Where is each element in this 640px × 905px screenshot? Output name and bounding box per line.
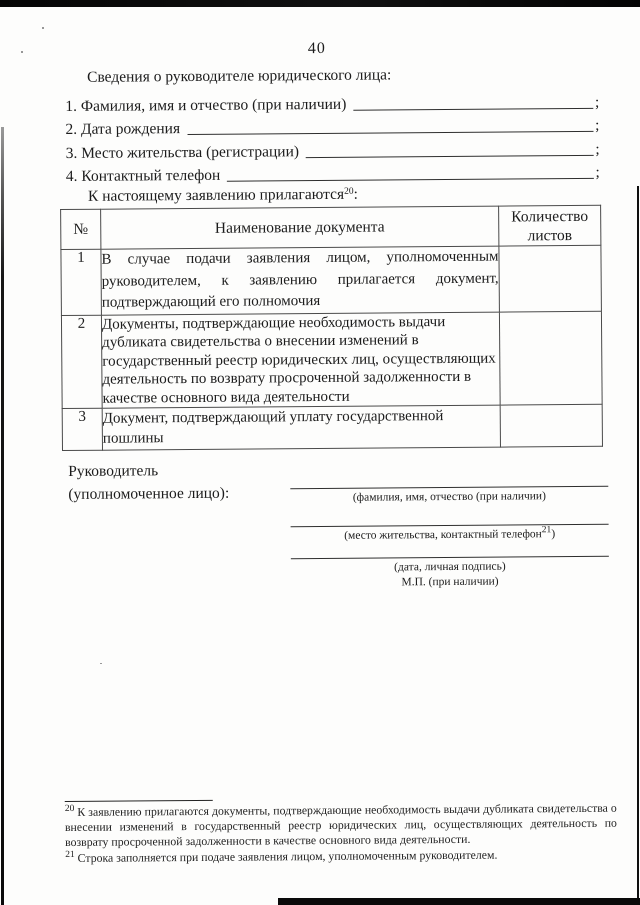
- field-suffix: ;: [593, 164, 599, 182]
- footnote-ref-20: 20: [344, 187, 354, 197]
- field-label: 3. Место жительства (регистрации): [66, 143, 307, 163]
- table-row: 1 В случае подачи заявления лицом, уполн…: [61, 245, 601, 315]
- field-suffix: ;: [593, 93, 599, 111]
- footnote-20-marker: 20: [65, 804, 75, 814]
- scan-border-top: [0, 0, 640, 7]
- footnote-21: 21 Строка заполняется при подаче заявлен…: [65, 846, 617, 866]
- field-label: 1. Фамилия, имя и отчество (при наличии): [65, 95, 353, 115]
- row-number-cell: 3: [62, 408, 102, 450]
- sheet-count-cell: [500, 404, 602, 447]
- signature-caption-close: ): [551, 528, 555, 540]
- sheet-count-cell: [499, 311, 602, 405]
- document-content: 40 Сведения о руководителе юридического …: [0, 0, 640, 905]
- page-number: 40: [0, 37, 637, 60]
- table-header-row: № Наименование документа Количество лист…: [61, 205, 601, 249]
- scan-speck: [42, 27, 44, 29]
- table-row: 2 Документы, подтверждающие необходимост…: [61, 311, 602, 409]
- blank-line: [306, 154, 593, 158]
- column-header-document-name: Наименование документа: [101, 206, 499, 249]
- row-number-cell: 2: [61, 315, 102, 409]
- scan-border-bottom: [278, 898, 640, 905]
- scan-speck: [21, 51, 23, 53]
- blank-line: [227, 177, 593, 182]
- form-fields: 1. Фамилия, имя и отчество (при наличии)…: [65, 88, 600, 187]
- document-name-cell: Документы, подтверждающие необходимость …: [101, 312, 500, 409]
- document-name-cell: Документ, подтверждающий уплату государс…: [102, 405, 500, 450]
- stamp-note: М.П. (при наличии): [291, 575, 609, 589]
- field-label: 2. Дата рождения: [65, 120, 187, 139]
- attachments-table: № Наименование документа Количество лист…: [60, 205, 603, 451]
- column-header-number: №: [61, 209, 101, 249]
- scan-border-left: [1, 127, 4, 905]
- section-heading: Сведения о руководителе юридического лиц…: [87, 66, 391, 86]
- signature-caption: (дата, личная подпись): [394, 561, 506, 574]
- field-phone: 4. Контактный телефон ;: [66, 159, 600, 187]
- blank-line: [187, 130, 593, 135]
- signature-line-name: (фамилия, имя, отчество (при наличии): [290, 486, 608, 504]
- footnote-21-marker: 21: [65, 850, 75, 860]
- signature-line-residence: (место жительства, контактный телефон21): [291, 524, 609, 542]
- column-header-sheet-count: Количество листов: [499, 205, 601, 246]
- footnote-20-text: К заявлению прилагаются документы, подтв…: [65, 801, 617, 850]
- document-name-cell: В случае подачи заявления лицом, уполном…: [101, 246, 500, 315]
- footnote-ref-21: 21: [542, 525, 552, 535]
- blank-line: [353, 106, 593, 110]
- attachments-lead: К настоящему заявлению прилагаются20:: [88, 186, 358, 206]
- attachments-lead-suffix: :: [354, 186, 358, 203]
- signature-line-date: (дата, личная подпись): [291, 556, 609, 574]
- footnotes: 20 К заявлению прилагаются документы, по…: [65, 801, 617, 866]
- footnote-20: 20 К заявлению прилагаются документы, по…: [65, 801, 617, 851]
- signature-role-line2: (уполномоченное лицо):: [68, 485, 229, 504]
- footnote-21-text: Строка заполняется при подаче заявления …: [75, 847, 498, 864]
- signature-caption: (место жительства, контактный телефон: [344, 528, 542, 542]
- scan-speck: [100, 663, 102, 664]
- signature-role-line1: Руководитель: [68, 462, 158, 481]
- field-label: 4. Контактный телефон: [66, 167, 228, 186]
- scan-border-right: [637, 186, 640, 905]
- field-suffix: ;: [593, 117, 599, 135]
- attachments-lead-text: К настоящему заявлению прилагаются: [88, 186, 344, 205]
- field-suffix: ;: [593, 141, 599, 159]
- footnote-separator: [65, 800, 213, 802]
- table-row: 3 Документ, подтверждающий уплату госуда…: [62, 404, 602, 450]
- signature-caption: (фамилия, имя, отчество (при наличии): [353, 490, 546, 504]
- sheet-count-cell: [499, 245, 602, 311]
- row-number-cell: 1: [61, 249, 102, 315]
- scanned-document-page: 40 Сведения о руководителе юридического …: [0, 0, 640, 905]
